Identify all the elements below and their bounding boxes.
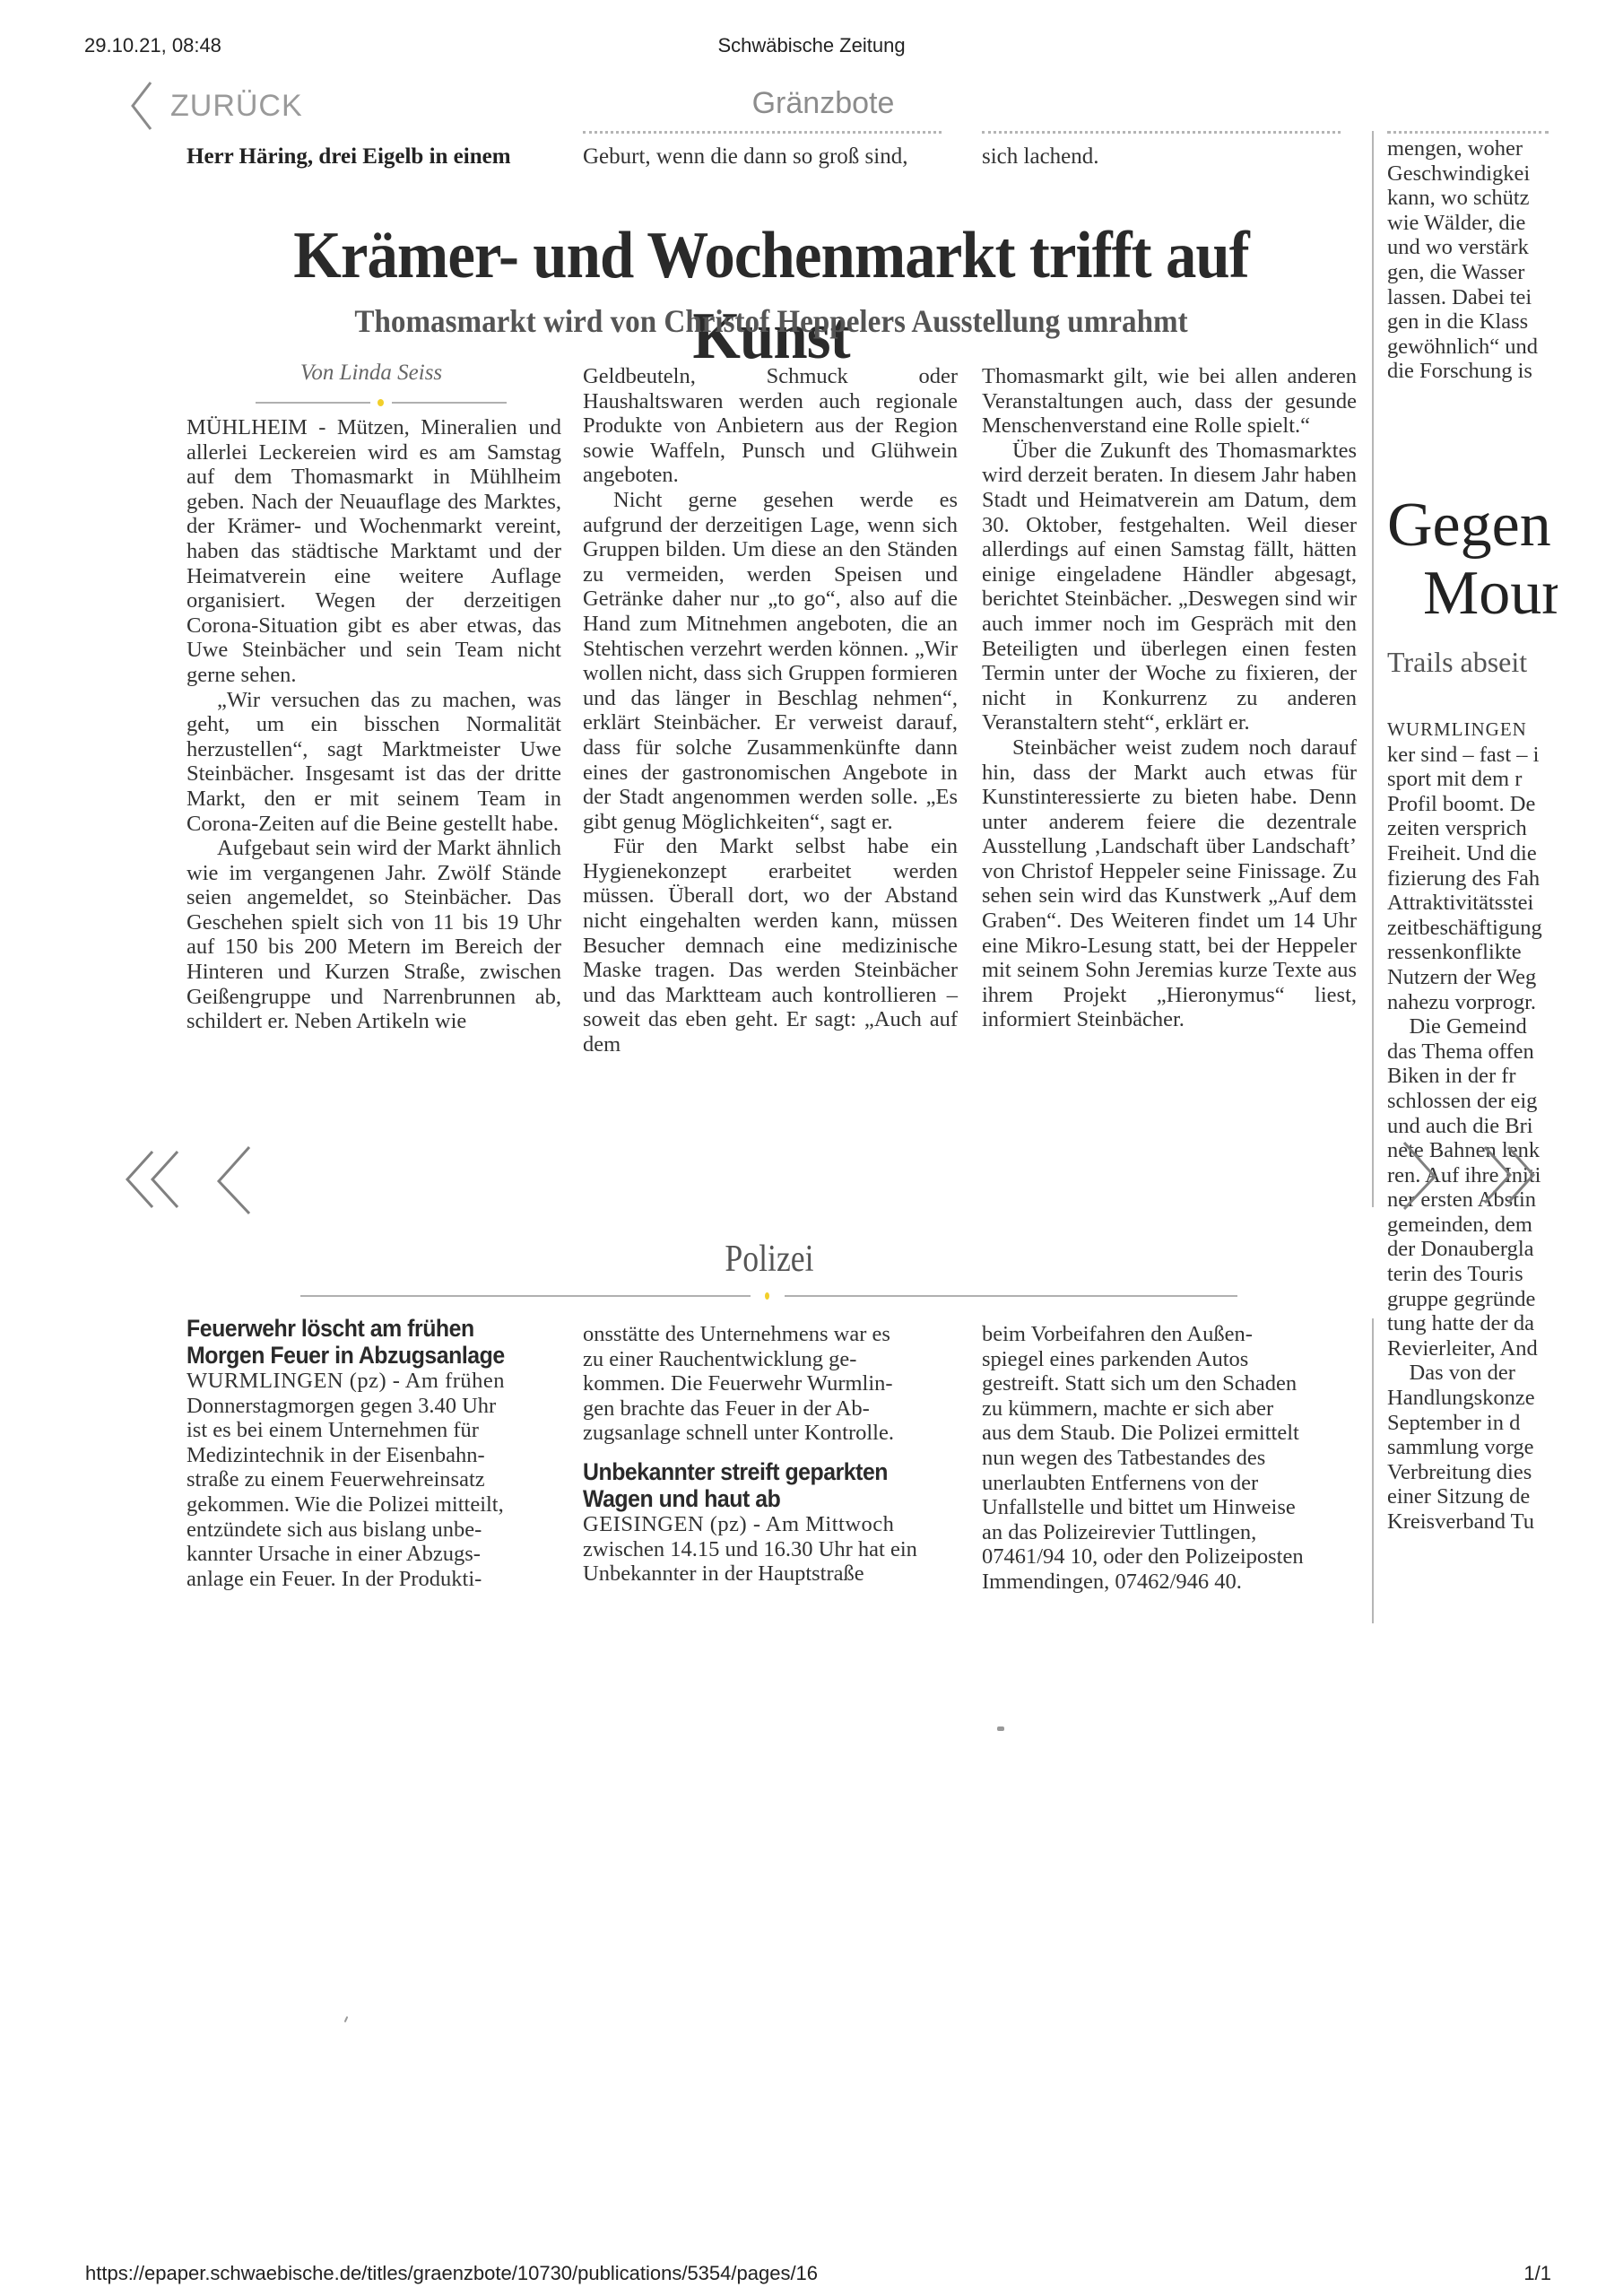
section-title-polizei: Polizei xyxy=(116,1238,1424,1281)
police-column-2: onsstätte des Unternehmens war es zu ein… xyxy=(583,1322,968,1587)
text-line: kommen. Die Feuerwehr Wurmlin- xyxy=(583,1371,968,1396)
column-divider xyxy=(1372,131,1374,1207)
text-line: Revierleiter, And xyxy=(1387,1336,1558,1361)
text-line: Unfallstelle und bittet um Hinweise xyxy=(982,1495,1367,1520)
text-line: schlossen der eig xyxy=(1387,1089,1558,1114)
text-line: Die Gemeind xyxy=(1387,1014,1558,1039)
police-headline: Wagen und haut ab xyxy=(583,1485,938,1512)
previous-page-button[interactable] xyxy=(215,1144,253,1215)
text-line: gewöhnlich“ und xyxy=(1387,335,1558,360)
police-headline: Unbekannter streift geparkten xyxy=(583,1458,938,1485)
text-line: Profil boomt. De xyxy=(1387,792,1558,817)
text-line: onsstätte des Unternehmens war es xyxy=(583,1322,968,1347)
side-dateline: WURMLINGEN xyxy=(1387,717,1558,743)
text-line: Kreisverband Tu xyxy=(1387,1509,1558,1535)
text-line: 07461/94 10, oder den Polizeiposten xyxy=(982,1544,1367,1570)
text-line: und auch die Bri xyxy=(1387,1114,1558,1139)
text-line: entzündete sich aus bislang unbe- xyxy=(187,1518,572,1543)
text-line: ist es bei einem Unternehmen für xyxy=(187,1418,572,1443)
first-page-button[interactable] xyxy=(124,1148,187,1211)
text-line: spiegel eines parkenden Autos xyxy=(982,1347,1367,1372)
byline-rule xyxy=(256,398,507,407)
cut-text-line xyxy=(982,131,1341,136)
chevron-left-icon xyxy=(215,1144,253,1215)
side-article-heading: Gegen Mour Trails abseit xyxy=(1387,491,1558,680)
police-headline: Morgen Feuer in Abzugsanlage xyxy=(187,1342,542,1369)
text-line: kannter Ursache in einer Abzugs- xyxy=(187,1542,572,1567)
text-line: Handlungskonze xyxy=(1387,1386,1558,1411)
text-line: Nutzern der Weg xyxy=(1387,965,1558,990)
epaper-page: 29.10.21, 08:48 Schwäbische Zeitung ZURÜ… xyxy=(0,0,1623,2296)
paragraph: Für den Markt selbst habe ein Hygienekon… xyxy=(583,834,958,1057)
text-line: einer Sitzung de xyxy=(1387,1484,1558,1509)
text-line: mengen, woher xyxy=(1387,136,1558,161)
next-page-button[interactable] xyxy=(1401,1139,1438,1211)
article-column-1: MÜHLHEIM - Mützen, Mineralien und allerl… xyxy=(187,415,561,1034)
page-count: 1/1 xyxy=(1523,2262,1551,2285)
side-headline-line2: Mour xyxy=(1387,560,1558,628)
text-line: unerlaubten Entfernens von der xyxy=(982,1471,1367,1496)
text-line: September in d xyxy=(1387,1411,1558,1436)
accent-dot xyxy=(765,1292,769,1300)
column-divider xyxy=(1372,1318,1374,1623)
double-chevron-right-icon xyxy=(1476,1144,1539,1206)
section-rule xyxy=(300,1291,1237,1300)
text-line: gen in die Klass xyxy=(1387,309,1558,335)
text-line: nun wegen des Tatbestandes des xyxy=(982,1446,1367,1471)
paragraph: Aufgebaut sein wird der Markt ähnlich wi… xyxy=(187,836,561,1034)
text-line: zeitbeschäftigung xyxy=(1387,916,1558,941)
scan-artifact xyxy=(344,2016,349,2022)
text-line: lassen. Dabei tei xyxy=(1387,285,1558,310)
publication-title: Gränzbote xyxy=(0,86,1623,121)
police-headline: Feuerwehr löscht am frühen xyxy=(187,1315,542,1342)
text-line: Immendingen, 07462/946 40. xyxy=(982,1570,1367,1595)
text-line: und wo verstärk xyxy=(1387,235,1558,260)
text-line: WURMLINGEN (pz) - Am frühen xyxy=(187,1369,572,1394)
police-item-fire: Feuerwehr löscht am frühen Morgen Feuer … xyxy=(187,1315,572,1591)
fragment-col1: Herr Häring, drei Eigelb in einem xyxy=(187,143,563,174)
text-line: Geschwindigkei xyxy=(1387,161,1558,187)
text-line: aus dem Staub. Die Polizei ermittelt xyxy=(982,1421,1367,1446)
text-line: zwischen 14.15 und 16.30 Uhr hat ein xyxy=(583,1537,968,1562)
text-line: tung hatte der da xyxy=(1387,1311,1558,1336)
text-line: sammlung vorge xyxy=(1387,1435,1558,1460)
text-line: zu einer Rauchentwicklung ge- xyxy=(583,1347,968,1372)
text-line: gen brachte das Feuer in der Ab- xyxy=(583,1396,968,1422)
police-column-3: beim Vorbeifahren den Außen- spiegel ein… xyxy=(982,1322,1367,1595)
side-subheadline: Trails abseit xyxy=(1387,644,1558,680)
text-line: Donnerstagmorgen gegen 3.40 Uhr xyxy=(187,1394,572,1419)
text-line: anlage ein Feuer. In der Produkti- xyxy=(187,1567,572,1592)
last-page-button[interactable] xyxy=(1476,1144,1539,1206)
text-line: GEISINGEN (pz) - Am Mittwoch xyxy=(583,1512,968,1537)
chevron-right-icon xyxy=(1401,1139,1438,1211)
scan-artifact xyxy=(997,1726,1004,1731)
side-column-top: mengen, woher Geschwindigkei kann, wo sc… xyxy=(1387,136,1558,384)
epaper-nav-bar: ZURÜCK Gränzbote xyxy=(0,79,1623,133)
article-subheadline: Thomasmarkt wird von Christof Heppelers … xyxy=(227,301,1315,341)
cut-text-line xyxy=(583,131,942,136)
accent-dot xyxy=(378,399,384,406)
paragraph: MÜHLHEIM - Mützen, Mineralien und allerl… xyxy=(187,415,561,688)
text-line: Biken in der fr xyxy=(1387,1064,1558,1089)
text-line: nahezu vorprogr. xyxy=(1387,990,1558,1015)
print-footer: https://epaper.schwaebische.de/titles/gr… xyxy=(0,2262,1623,2289)
text-line: Verbreitung dies xyxy=(1387,1460,1558,1485)
paragraph: „Wir versuchen das zu machen, was geht, … xyxy=(187,688,561,837)
text-line: zeiten versprich xyxy=(1387,816,1558,841)
text-line: straße zu einem Feuerwehreinsatz xyxy=(187,1467,572,1492)
side-headline-line1: Gegen xyxy=(1387,491,1558,560)
article-column-3: Thomasmarkt gilt, wie bei allen anderen … xyxy=(982,364,1357,1032)
paragraph: Nicht gerne gesehen werde es aufgrund de… xyxy=(583,488,958,834)
side-column-body: WURMLINGEN ker sind – fast – i sport mit… xyxy=(1387,717,1558,1535)
text-line: Medizintechnik in der Eisenbahn- xyxy=(187,1443,572,1468)
paragraph: Steinbächer weist zudem noch darauf hin,… xyxy=(982,735,1357,1032)
paragraph: Geldbeuteln, Schmuck oder Haushaltswaren… xyxy=(583,364,958,488)
text-line: gekommen. Wie die Polizei mitteilt, xyxy=(187,1492,572,1518)
text-line: das Thema offen xyxy=(1387,1039,1558,1065)
paragraph: Über die Zukunft des Thomasmarktes wird … xyxy=(982,439,1357,735)
print-header: 29.10.21, 08:48 Schwäbische Zeitung xyxy=(0,34,1623,61)
text-line: gemeinden, dem xyxy=(1387,1213,1558,1238)
fragment-col3: sich lachend. xyxy=(982,143,1350,174)
page-url: https://epaper.schwaebische.de/titles/gr… xyxy=(85,2262,818,2285)
text-line: fizierung des Fah xyxy=(1387,866,1558,891)
text-line: gen, die Wasser xyxy=(1387,260,1558,285)
text-line: Attraktivitätsstei xyxy=(1387,891,1558,916)
text-line: Das von der xyxy=(1387,1361,1558,1386)
text-line: beim Vorbeifahren den Außen- xyxy=(982,1322,1367,1347)
text-line: kann, wo schütz xyxy=(1387,186,1558,211)
text-line: sport mit dem r xyxy=(1387,767,1558,792)
paragraph: Thomasmarkt gilt, wie bei allen anderen … xyxy=(982,364,1357,439)
print-site-title: Schwäbische Zeitung xyxy=(0,34,1623,57)
text-line: an das Polizeirevier Tuttlingen, xyxy=(982,1520,1367,1545)
fragment-col2: Geburt, wenn die dann so groß sind, xyxy=(583,143,950,174)
article-column-2: Geldbeuteln, Schmuck oder Haushaltswaren… xyxy=(583,364,958,1057)
text-line: gestreift. Statt sich um den Schaden xyxy=(982,1371,1367,1396)
article-byline: Von Linda Seiss xyxy=(187,361,556,386)
text-line: wie Wälder, die xyxy=(1387,211,1558,236)
double-chevron-left-icon xyxy=(124,1148,187,1211)
text-line: Unbekannter in der Hauptstraße xyxy=(583,1561,968,1587)
text-line: ressenkonflikte xyxy=(1387,940,1558,965)
article-headline: Krämer- und Wochenmarkt trifft auf Kunst xyxy=(221,215,1322,377)
text-line: zugsanlage schnell unter Kontrolle. xyxy=(583,1421,968,1446)
text-line: zu kümmern, machte er sich aber xyxy=(982,1396,1367,1422)
text-line: die Forschung is xyxy=(1387,359,1558,384)
text-line: ker sind – fast – i xyxy=(1387,743,1558,768)
text-line: gruppe gegründe xyxy=(1387,1287,1558,1312)
text-line: Freiheit. Und die xyxy=(1387,841,1558,866)
